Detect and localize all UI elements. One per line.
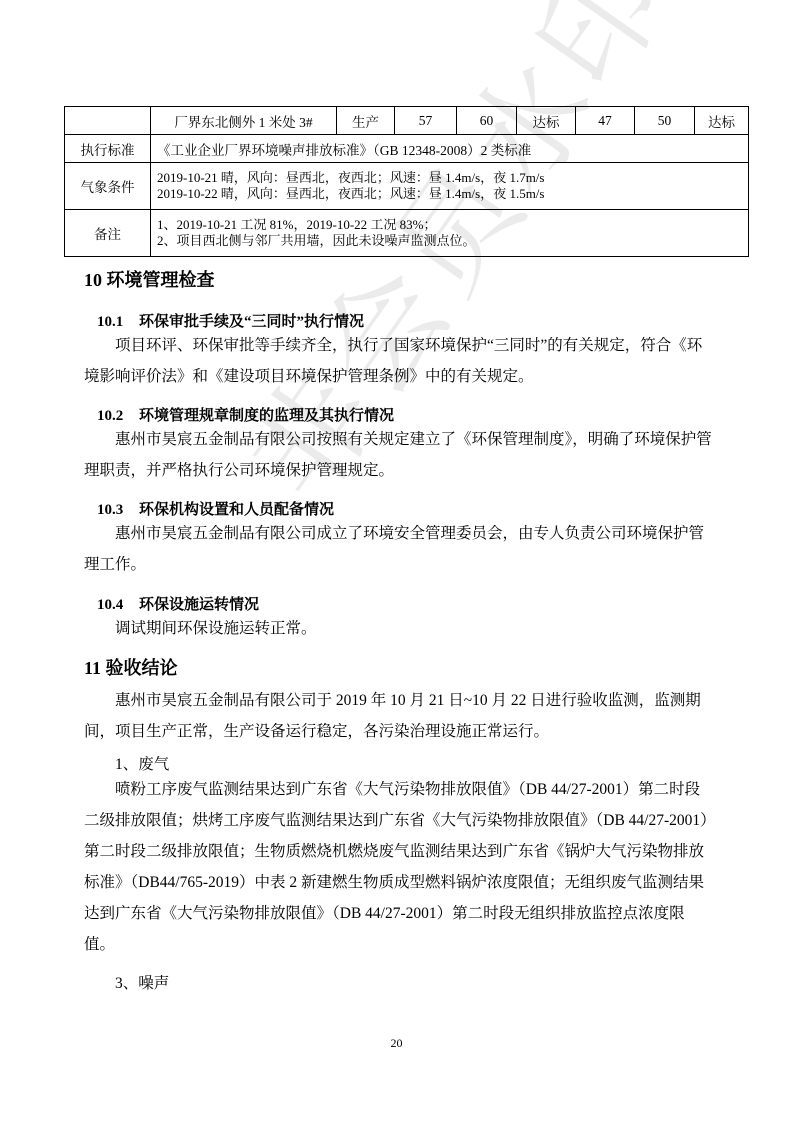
section-number: 10.4	[97, 597, 139, 614]
blank-cell	[65, 107, 151, 135]
night-result-cell: 达标	[695, 107, 749, 135]
section-10-2-body: 惠州市昊宸五金制品有限公司按照有关规定建立了《环保管理制度》，明确了环境保护管理…	[84, 424, 712, 486]
table-row: 气象条件 2019-10-21 晴，风向：昼西北，夜西北；风速：昼 1.4m/s…	[65, 163, 749, 210]
night-measured-cell: 47	[576, 107, 635, 135]
section-number: 10.3	[97, 502, 139, 519]
section-10-2-heading: 10.2环境管理规章制度的监理及其执行情况	[97, 404, 394, 425]
item-exhaust-gas: 1、废气	[115, 752, 169, 774]
section-number: 10.1	[97, 314, 139, 331]
section-10-1-body: 项目环评、环保审批等手续齐全，执行了国家环境保护“三同时”的有关规定，符合《环境…	[84, 330, 712, 392]
exhaust-gas-body: 喷粉工序废气监测结果达到广东省《大气污染物排放限值》（DB 44/27-2001…	[84, 774, 712, 960]
location-cell: 厂界东北侧外 1 米处 3#	[151, 107, 337, 135]
table-row: 执行标准 《工业企业厂界环境噪声排放标准》（GB 12348-2008）2 类标…	[65, 135, 749, 163]
status-cell: 生产	[337, 107, 395, 135]
night-limit-cell: 50	[635, 107, 695, 135]
document-page: 厂界东北侧外 1 米处 3# 生产 57 60 达标 47 50 达标 执行标准…	[0, 0, 793, 1122]
section-title: 环保审批手续及“三同时”执行情况	[139, 314, 364, 330]
notes-value: 1、2019-10-21 工况 81%，2019-10-22 工况 83%； 2…	[151, 210, 749, 257]
section-10-title: 10 环境管理检查	[84, 266, 215, 292]
item-noise: 3、噪声	[115, 971, 169, 993]
notes-label: 备注	[65, 210, 151, 257]
note-line: 2、项目西北侧与邻厂共用墙，因此未设噪声监测点位。	[157, 233, 742, 249]
section-11-intro: 惠州市昊宸五金制品有限公司于 2019 年 10 月 21 日~10 月 22 …	[84, 685, 712, 747]
noise-results-table: 厂界东北侧外 1 米处 3# 生产 57 60 达标 47 50 达标 执行标准…	[64, 106, 749, 257]
day-limit-cell: 60	[457, 107, 517, 135]
section-10-4-heading: 10.4环保设施运转情况	[97, 593, 259, 614]
standard-label: 执行标准	[65, 135, 151, 163]
section-title: 环保设施运转情况	[139, 597, 259, 613]
section-title: 环境管理规章制度的监理及其执行情况	[139, 408, 394, 424]
page-number: 20	[0, 1036, 793, 1051]
section-title: 环保机构设置和人员配备情况	[139, 502, 334, 518]
section-10-1-heading: 10.1环保审批手续及“三同时”执行情况	[97, 310, 364, 331]
section-10-3-body: 惠州市昊宸五金制品有限公司成立了环境安全管理委员会，由专人负责公司环境保护管理工…	[84, 518, 712, 580]
section-10-3-heading: 10.3环保机构设置和人员配备情况	[97, 498, 334, 519]
weather-value: 2019-10-21 晴，风向：昼西北，夜西北；风速：昼 1.4m/s，夜 1.…	[151, 163, 749, 210]
table-row: 备注 1、2019-10-21 工况 81%，2019-10-22 工况 83%…	[65, 210, 749, 257]
weather-line: 2019-10-21 晴，风向：昼西北，夜西北；风速：昼 1.4m/s，夜 1.…	[157, 170, 742, 186]
day-result-cell: 达标	[517, 107, 576, 135]
section-11-title: 11 验收结论	[84, 654, 178, 680]
note-line: 1、2019-10-21 工况 81%，2019-10-22 工况 83%；	[157, 217, 742, 233]
section-number: 10.2	[97, 408, 139, 425]
weather-line: 2019-10-22 晴，风向：昼西北，夜西北；风速：昼 1.4m/s，夜 1.…	[157, 186, 742, 202]
day-measured-cell: 57	[395, 107, 457, 135]
standard-value: 《工业企业厂界环境噪声排放标准》（GB 12348-2008）2 类标准	[151, 135, 749, 163]
weather-label: 气象条件	[65, 163, 151, 210]
table-row: 厂界东北侧外 1 米处 3# 生产 57 60 达标 47 50 达标	[65, 107, 749, 135]
section-10-4-body: 调试期间环保设施运转正常。	[84, 613, 712, 644]
